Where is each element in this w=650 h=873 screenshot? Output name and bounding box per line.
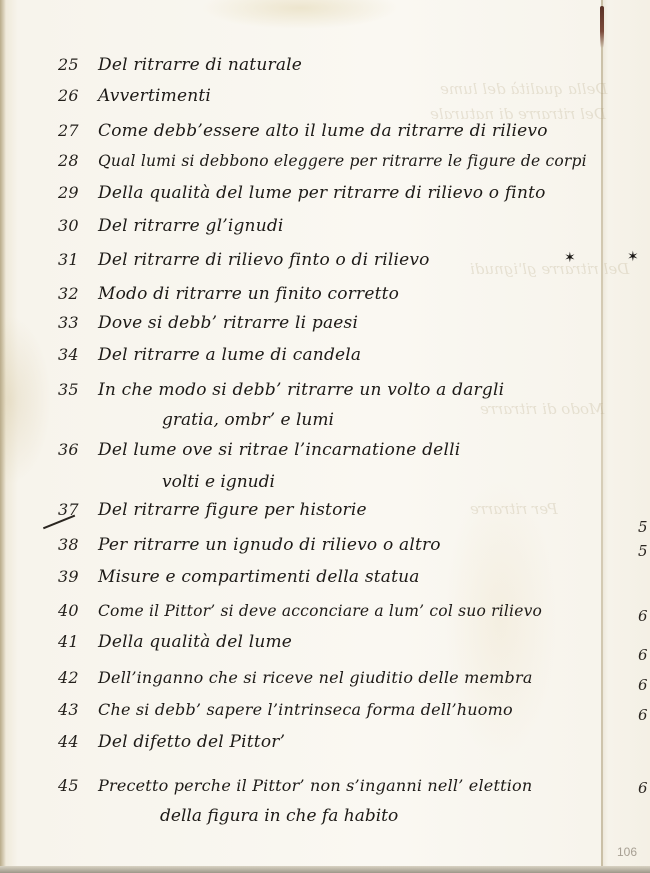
bleedthrough-text: Della qualità del lume	[440, 80, 607, 98]
margin-numeral: 5	[638, 518, 648, 536]
toc-entry: 37Del ritrarre figure per historie	[58, 500, 367, 520]
entry-number: 39	[58, 567, 98, 586]
margin-numeral: 5	[638, 542, 648, 560]
margin-numeral: 6	[638, 706, 648, 724]
asterisk-mark: ✶	[564, 250, 576, 266]
ink-stain	[600, 6, 604, 48]
asterisk-mark: ✶	[627, 249, 639, 265]
toc-entry: 44Del difetto del Pittor’	[58, 732, 285, 752]
entry-number: 34	[58, 345, 98, 364]
binding-edge	[0, 0, 6, 873]
entry-title: Del ritrarre gl’ignudi	[98, 216, 284, 236]
toc-entry: 39Misure e compartimenti della statua	[58, 567, 420, 587]
entry-number: 25	[58, 55, 98, 74]
toc-entry: 42Dell’inganno che si riceve nel giuditi…	[58, 668, 533, 687]
margin-numeral: 6	[638, 607, 648, 625]
entry-number: 44	[58, 732, 98, 751]
page-bottom-edge	[0, 866, 650, 873]
entry-title: Del ritrarre di rilievo finto o di rilie…	[98, 250, 430, 270]
toc-entry: 41Della qualità del lume	[58, 632, 292, 652]
margin-numeral: 6	[638, 676, 648, 694]
entry-title: Della qualità del lume per ritrarre di r…	[98, 183, 546, 203]
entry-title: Del lume ove si ritrae l’incarnatione de…	[98, 440, 460, 460]
entry-number: 30	[58, 216, 98, 235]
entry-number: 28	[58, 151, 98, 170]
gutter-fold	[601, 0, 603, 873]
toc-entry: 43Che si debb’ sapere l’intrinseca forma…	[58, 700, 513, 719]
toc-entry: 40Come il Pittor’ si deve acconciare a l…	[58, 601, 542, 620]
entry-title: Del ritrarre a lume di candela	[98, 345, 361, 365]
bleedthrough-text: Del ritrarre gl'ignudi	[470, 260, 629, 278]
margin-numeral: 6	[638, 779, 648, 797]
toc-entry: 38Per ritrarre un ignudo di rilievo o al…	[58, 535, 441, 555]
entry-title: Come il Pittor’ si deve acconciare a lum…	[98, 602, 542, 620]
entry-number: 31	[58, 250, 98, 269]
entry-continuation: gratia, ombr’ e lumi	[162, 410, 334, 430]
bleedthrough-text: Modo di ritrarre	[480, 400, 604, 418]
entry-number: 45	[58, 776, 98, 795]
facing-page-edge	[602, 0, 650, 873]
entry-title: Del ritrarre figure per historie	[98, 500, 367, 520]
margin-numeral: 6	[638, 646, 648, 664]
toc-entry: 45Precetto perche il Pittor’ non s’ingan…	[58, 776, 532, 795]
entry-number: 33	[58, 313, 98, 332]
toc-entry: 30Del ritrarre gl’ignudi	[58, 216, 284, 236]
toc-entry: 36Del lume ove si ritrae l’incarnatione …	[58, 440, 460, 460]
entry-title: Del difetto del Pittor’	[98, 732, 285, 752]
entry-number: 27	[58, 121, 98, 140]
entry-title: Dove si debb’ ritrarre li paesi	[98, 313, 358, 333]
entry-title: Qual lumi si debbono eleggere per ritrar…	[98, 152, 587, 170]
entry-number: 41	[58, 632, 98, 651]
entry-number: 37	[58, 500, 98, 519]
folio-number: 106	[617, 845, 637, 859]
toc-entry: 26Avvertimenti	[58, 86, 211, 106]
toc-entry: 34Del ritrarre a lume di candela	[58, 345, 361, 365]
entry-number: 29	[58, 183, 98, 202]
entry-continuation: volti e ignudi	[162, 472, 275, 492]
entry-number: 36	[58, 440, 98, 459]
toc-entry: 32Modo di ritrarre un finito corretto	[58, 284, 399, 304]
entry-number: 32	[58, 284, 98, 303]
entry-number: 43	[58, 700, 98, 719]
entry-continuation: della figura in che fa habito	[160, 806, 398, 826]
entry-title: Per ritrarre un ignudo di rilievo o altr…	[98, 535, 441, 555]
entry-title: Come debb’essere alto il lume da ritrarr…	[98, 121, 548, 141]
toc-entry: 29Della qualità del lume per ritrarre di…	[58, 183, 546, 203]
entry-title: Che si debb’ sapere l’intrinseca forma d…	[98, 700, 513, 719]
manuscript-page: Della qualità del lume Del ritrarre di n…	[0, 0, 650, 873]
entry-title: Avvertimenti	[98, 86, 211, 106]
entry-number: 38	[58, 535, 98, 554]
entry-title: Modo di ritrarre un finito corretto	[98, 284, 399, 304]
entry-title: In che modo si debb’ ritrarre un volto a…	[98, 380, 504, 400]
toc-entry: 35In che modo si debb’ ritrarre un volto…	[58, 380, 504, 400]
entry-title: Misure e compartimenti della statua	[98, 567, 420, 587]
toc-entry: 27Come debb’essere alto il lume da ritra…	[58, 121, 548, 141]
bleedthrough-text: Per ritrarre	[470, 500, 558, 518]
toc-entry: 31Del ritrarre di rilievo finto o di ril…	[58, 250, 430, 270]
entry-title: Del ritrarre di naturale	[98, 55, 302, 75]
entry-number: 26	[58, 86, 98, 105]
entry-number: 35	[58, 380, 98, 399]
entry-title: Precetto perche il Pittor’ non s’inganni…	[98, 776, 532, 795]
entry-title: Dell’inganno che si riceve nel giuditio …	[98, 668, 533, 687]
entry-number: 42	[58, 668, 98, 687]
toc-entry: 25Del ritrarre di naturale	[58, 55, 302, 75]
toc-entry: 28Qual lumi si debbono eleggere per ritr…	[58, 151, 587, 170]
entry-number: 40	[58, 601, 98, 620]
toc-entry: 33Dove si debb’ ritrarre li paesi	[58, 313, 358, 333]
entry-title: Della qualità del lume	[98, 632, 292, 652]
